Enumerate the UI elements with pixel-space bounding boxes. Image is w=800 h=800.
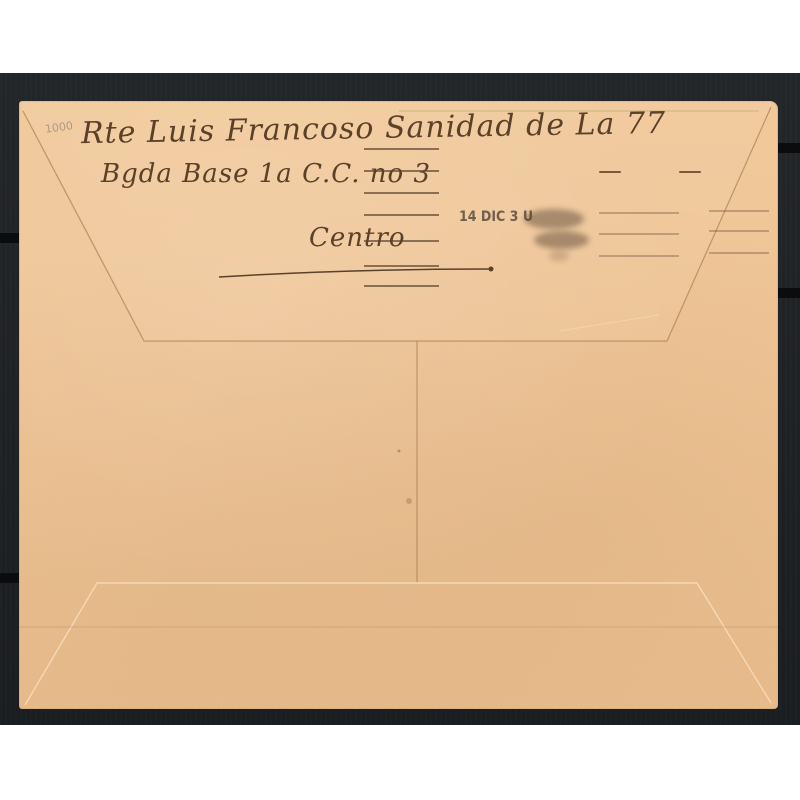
postmark-ink-smudge: [534, 231, 589, 249]
postmark-ink-smudge: [549, 251, 569, 261]
location-handwriting: Centro: [309, 223, 406, 253]
handwritten-dash: [599, 171, 621, 173]
postmark-date-stamp: 14 DIC 3 U: [459, 209, 533, 225]
envelope-back: 1000 Rte Luis Francoso Sanidad de La 77 …: [19, 101, 778, 709]
sender-line-2: Bgda Base 1a C.C. no 3: [101, 159, 431, 189]
handwritten-dash: [679, 171, 701, 173]
postmark-ink-smudge: [524, 209, 584, 229]
envelope-fold-lines: [19, 101, 778, 709]
